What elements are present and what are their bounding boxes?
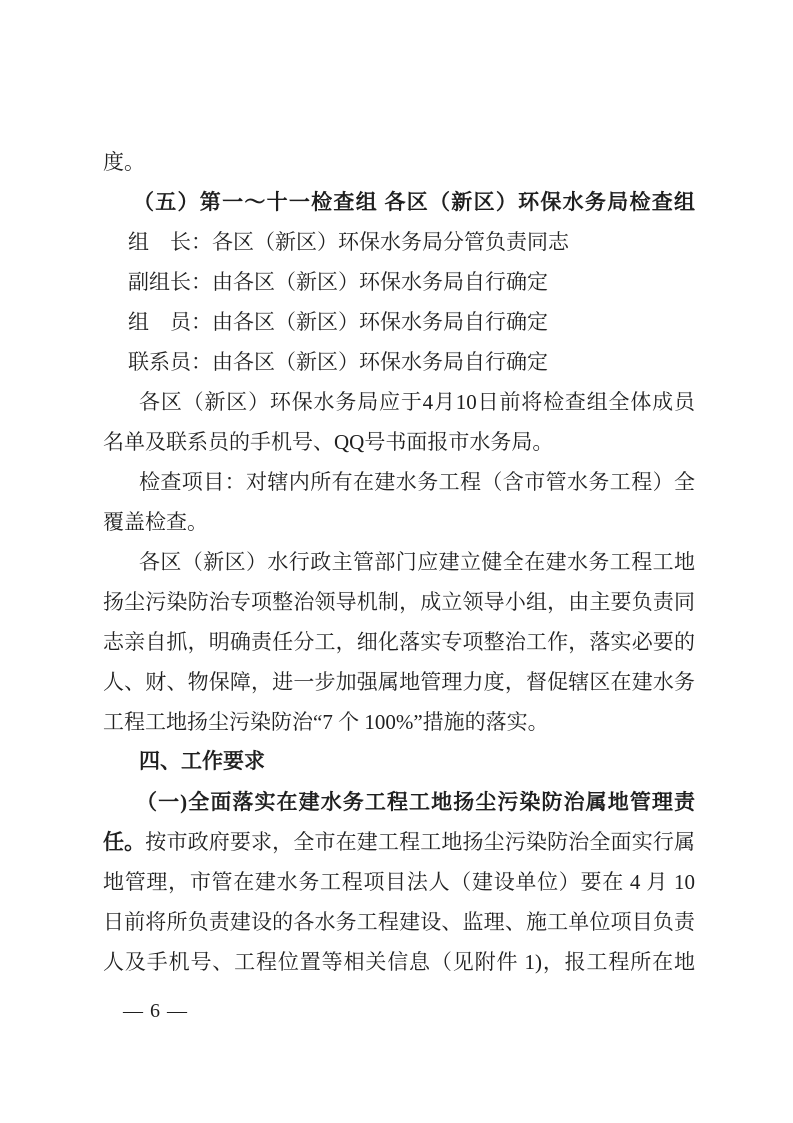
text-segment: 地管理，市管在建水务工程项目法人（建设单位）要在 4 月 10 xyxy=(103,870,695,894)
page-number: — 6 — xyxy=(123,997,188,1025)
text-segment: 检查项目：对辖内所有在建水务工程（含市管水务工程）全 xyxy=(139,470,695,494)
para-mechanism-line2: 扬尘污染防治专项整治领导机制，成立领导小组，由主要负责同 xyxy=(103,582,695,622)
text-segment: 任。 xyxy=(103,830,145,854)
text-segment: 人及手机号、工程位置等相关信息（见附件 1)，报工程所在地 xyxy=(103,950,695,974)
para-mechanism-line1: 各区（新区）水行政主管部门应建立健全在建水务工程工地 xyxy=(103,542,695,582)
text-segment: 工程工地扬尘污染防治“7 个 100%”措施的落实。 xyxy=(103,710,549,734)
text-segment: 度。 xyxy=(103,150,145,174)
para-mechanism-line5: 工程工地扬尘污染防治“7 个 100%”措施的落实。 xyxy=(103,702,695,742)
text-segment: 覆盖检查。 xyxy=(103,510,208,534)
role-member: 组 员：由各区（新区）环保水务局自行确定 xyxy=(103,302,695,342)
para-report-line1: 各区（新区）环保水务局应于4月10日前将检查组全体成员 xyxy=(103,382,695,422)
item-1-line5: 人及手机号、工程位置等相关信息（见附件 1)，报工程所在地 xyxy=(103,942,695,982)
text-segment: （一)全面落实在建水务工程工地扬尘污染防治属地管理责 xyxy=(136,790,695,814)
document-body: 度。（五）第一～十一检查组 各区（新区）环保水务局检查组组 长：各区（新区）环保… xyxy=(0,0,793,982)
text-segment: 按市政府要求，全市在建工程工地扬尘污染防治全面实行属 xyxy=(145,830,695,854)
document-page: 度。（五）第一～十一检查组 各区（新区）环保水务局检查组组 长：各区（新区）环保… xyxy=(0,0,793,1123)
item-1-line4: 日前将所负责建设的各水务工程建设、监理、施工单位项目负责 xyxy=(103,902,695,942)
text-segment: 副组长：由各区（新区）环保水务局自行确定 xyxy=(128,270,548,294)
text-segment: 四、工作要求 xyxy=(139,750,265,773)
text-segment: 扬尘污染防治专项整治领导机制，成立领导小组，由主要负责同 xyxy=(103,590,695,614)
para-inspection-line1: 检查项目：对辖内所有在建水务工程（含市管水务工程）全 xyxy=(103,462,695,502)
text-segment: （五）第一～十一检查组 各区（新区）环保水务局检查组 xyxy=(133,190,695,214)
text-segment: 日前将所负责建设的各水务工程建设、监理、施工单位项目负责 xyxy=(103,910,695,934)
text-segment: 名单及联系员的手机号、QQ号书面报市水务局。 xyxy=(103,430,553,454)
section-5-heading: （五）第一～十一检查组 各区（新区）环保水务局检查组 xyxy=(103,182,695,222)
item-1-line2: 任。按市政府要求，全市在建工程工地扬尘污染防治全面实行属 xyxy=(103,822,695,862)
text-segment: 各区（新区）环保水务局应于4月10日前将检查组全体成员 xyxy=(139,390,695,414)
prev-paragraph-end: 度。 xyxy=(103,142,695,182)
para-inspection-line2: 覆盖检查。 xyxy=(103,502,695,542)
para-report-line2: 名单及联系员的手机号、QQ号书面报市水务局。 xyxy=(103,422,695,462)
text-segment: 各区（新区）水行政主管部门应建立健全在建水务工程工地 xyxy=(139,550,695,574)
text-segment: 组 长：各区（新区）环保水务局分管负责同志 xyxy=(128,230,569,254)
role-deputy-leader: 副组长：由各区（新区）环保水务局自行确定 xyxy=(103,262,695,302)
section-4-heading: 四、工作要求 xyxy=(103,742,695,782)
role-leader: 组 长：各区（新区）环保水务局分管负责同志 xyxy=(103,222,695,262)
item-1-heading-line1: （一)全面落实在建水务工程工地扬尘污染防治属地管理责 xyxy=(103,782,695,822)
role-contact: 联系员：由各区（新区）环保水务局自行确定 xyxy=(103,342,695,382)
text-segment: 组 员：由各区（新区）环保水务局自行确定 xyxy=(128,310,548,334)
text-segment: 联系员：由各区（新区）环保水务局自行确定 xyxy=(128,350,548,374)
para-mechanism-line3: 志亲自抓，明确责任分工，细化落实专项整治工作，落实必要的 xyxy=(103,622,695,662)
text-segment: 志亲自抓，明确责任分工，细化落实专项整治工作，落实必要的 xyxy=(103,630,695,654)
item-1-line3: 地管理，市管在建水务工程项目法人（建设单位）要在 4 月 10 xyxy=(103,862,695,902)
text-segment: 人、财、物保障，进一步加强属地管理力度，督促辖区在建水务 xyxy=(103,670,695,694)
para-mechanism-line4: 人、财、物保障，进一步加强属地管理力度，督促辖区在建水务 xyxy=(103,662,695,702)
